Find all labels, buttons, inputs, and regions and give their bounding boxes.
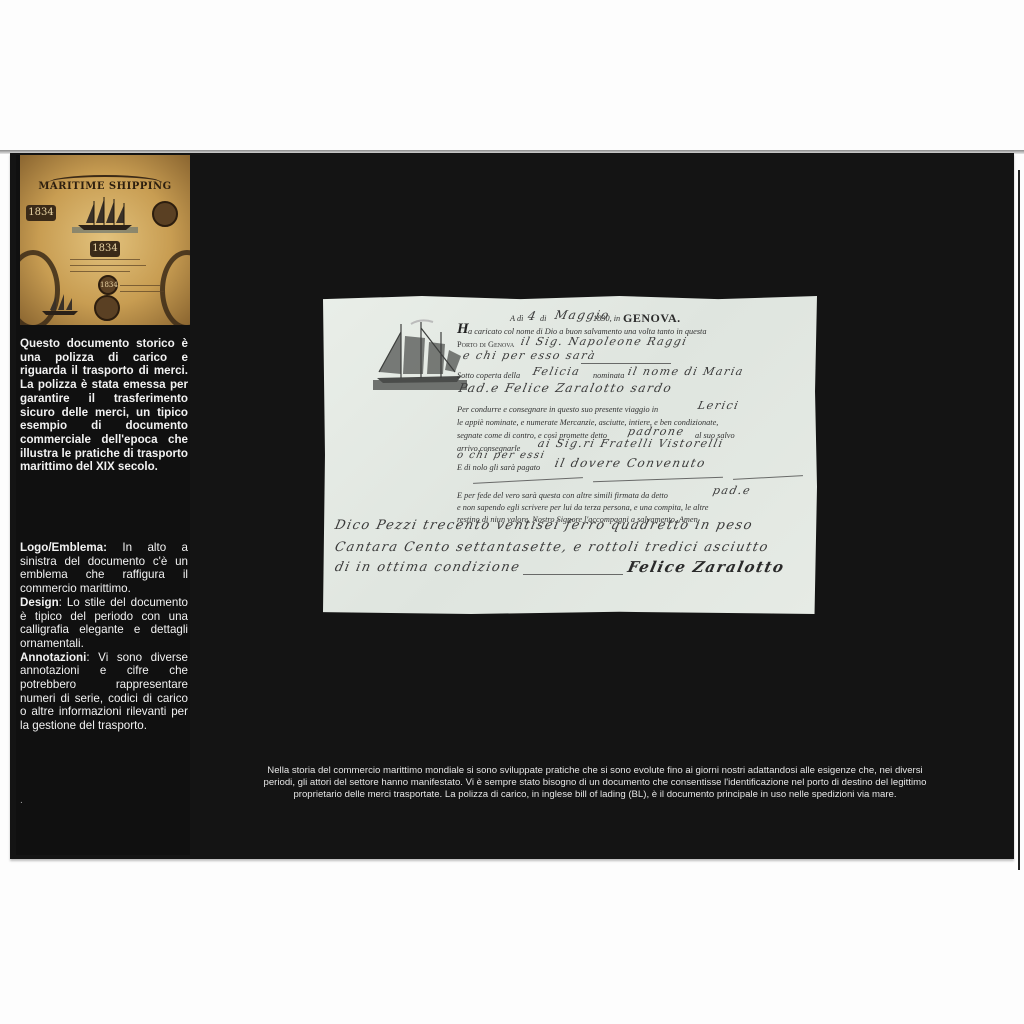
- small-ship-icon: [40, 293, 80, 317]
- ink-stroke: [581, 363, 671, 364]
- ink-stroke: [523, 574, 623, 575]
- detail-label: Logo/Emblema:: [20, 541, 107, 554]
- script-line: [70, 265, 146, 266]
- handwritten-entry: il nome di Maria: [627, 365, 746, 378]
- detail-annotations: Annotazioni: Vi sono diverse annotazioni…: [20, 651, 188, 733]
- handwritten-entry: o chi per essi: [456, 450, 547, 461]
- emblem-banner-text: MARITIME SHIPPING: [20, 181, 190, 192]
- handwritten-entry: Lerici: [697, 399, 741, 412]
- handwritten-entry: ai Sig.ri Fratelli Vistorelli: [537, 437, 725, 450]
- handwritten-entry: Pad.e Felice Zaralotto sardo: [458, 381, 674, 395]
- ship-engraving-icon: [371, 318, 471, 396]
- handwritten-footer-line: Dico Pezzi trecento ventisei ferro quadr…: [333, 518, 754, 533]
- doc-line: Sotto coperta della: [457, 371, 520, 380]
- details-list: Logo/Emblema: In alto a sinistra del doc…: [20, 541, 188, 733]
- detail-logo: Logo/Emblema: In alto a sinistra del doc…: [20, 541, 188, 596]
- date-day: 4: [527, 309, 539, 323]
- caption: Nella storia del commercio marittimo mon…: [225, 765, 965, 801]
- handwritten-footer-line: Cantara Cento settantasette, e rottoli t…: [333, 540, 770, 555]
- signature: Felice Zaralotto: [626, 558, 786, 576]
- ship-emblem-icon: [72, 197, 138, 237]
- emblem-seal-icon: [152, 201, 178, 227]
- trailing-mark: .: [20, 795, 23, 806]
- emblem-year-badge: 1834: [90, 241, 120, 257]
- date-year: 1830, in: [593, 314, 620, 323]
- caption-line: proprietario delle merci trasportate. La…: [225, 789, 965, 801]
- script-line: [120, 291, 164, 292]
- date-of: di: [540, 314, 546, 323]
- bill-of-lading-document: A dì 4 di Maggio 1830, in GENOVA. H a ca…: [323, 296, 817, 614]
- script-line: [120, 285, 160, 286]
- maritime-shipping-emblem: MARITIME SHIPPING 1834 1834 1834: [20, 155, 190, 325]
- doc-line: nominata: [593, 371, 624, 380]
- ink-stroke: [593, 477, 723, 483]
- caption-line: periodi, gli attori del settore hanno ma…: [225, 777, 965, 789]
- emblem-year-seal: 1834: [98, 275, 118, 295]
- scan-right-edge: [1018, 170, 1020, 870]
- intro-paragraph: Questo documento storico è una polizza d…: [20, 337, 188, 474]
- handwritten-entry: Felicia: [532, 365, 582, 378]
- ornament-swirl: [160, 250, 190, 325]
- emblem-year-badge: 1834: [26, 205, 56, 221]
- doc-line: Per condurre e consegnare in questo suo …: [457, 405, 658, 414]
- handwritten-entry: e chi per esso sarà: [462, 349, 598, 362]
- ink-stroke: [473, 477, 583, 484]
- ink-stroke: [733, 475, 803, 480]
- handwritten-entry: il dovere Convenuto: [554, 456, 708, 470]
- detail-design: Design: Lo stile del documento è tipico …: [20, 596, 188, 651]
- initial-letter: H: [457, 321, 469, 338]
- handwritten-footer-line: di in ottima condizione: [333, 560, 521, 575]
- doc-line: E per fede del vero sarà questa con altr…: [457, 491, 668, 500]
- script-line: [70, 259, 140, 260]
- caption-line: Nella storia del commercio marittimo mon…: [225, 765, 965, 777]
- detail-label: Annotazioni: [20, 651, 86, 664]
- script-line: [70, 271, 130, 272]
- handwritten-entry: il Sig. Napoleone Raggi: [520, 335, 689, 348]
- emblem-seal-icon: [94, 295, 120, 321]
- doc-line: e non sapendo egli scrivere per lui da t…: [457, 503, 708, 512]
- detail-label: Design: [20, 596, 59, 609]
- date-prefix: A dì: [510, 314, 523, 323]
- doc-line: E di nolo gli sarà pagato: [457, 463, 540, 472]
- handwritten-entry: pad.e: [712, 484, 753, 497]
- city-name: GENOVA.: [623, 311, 681, 326]
- doc-line: Porto di Genova: [457, 340, 514, 349]
